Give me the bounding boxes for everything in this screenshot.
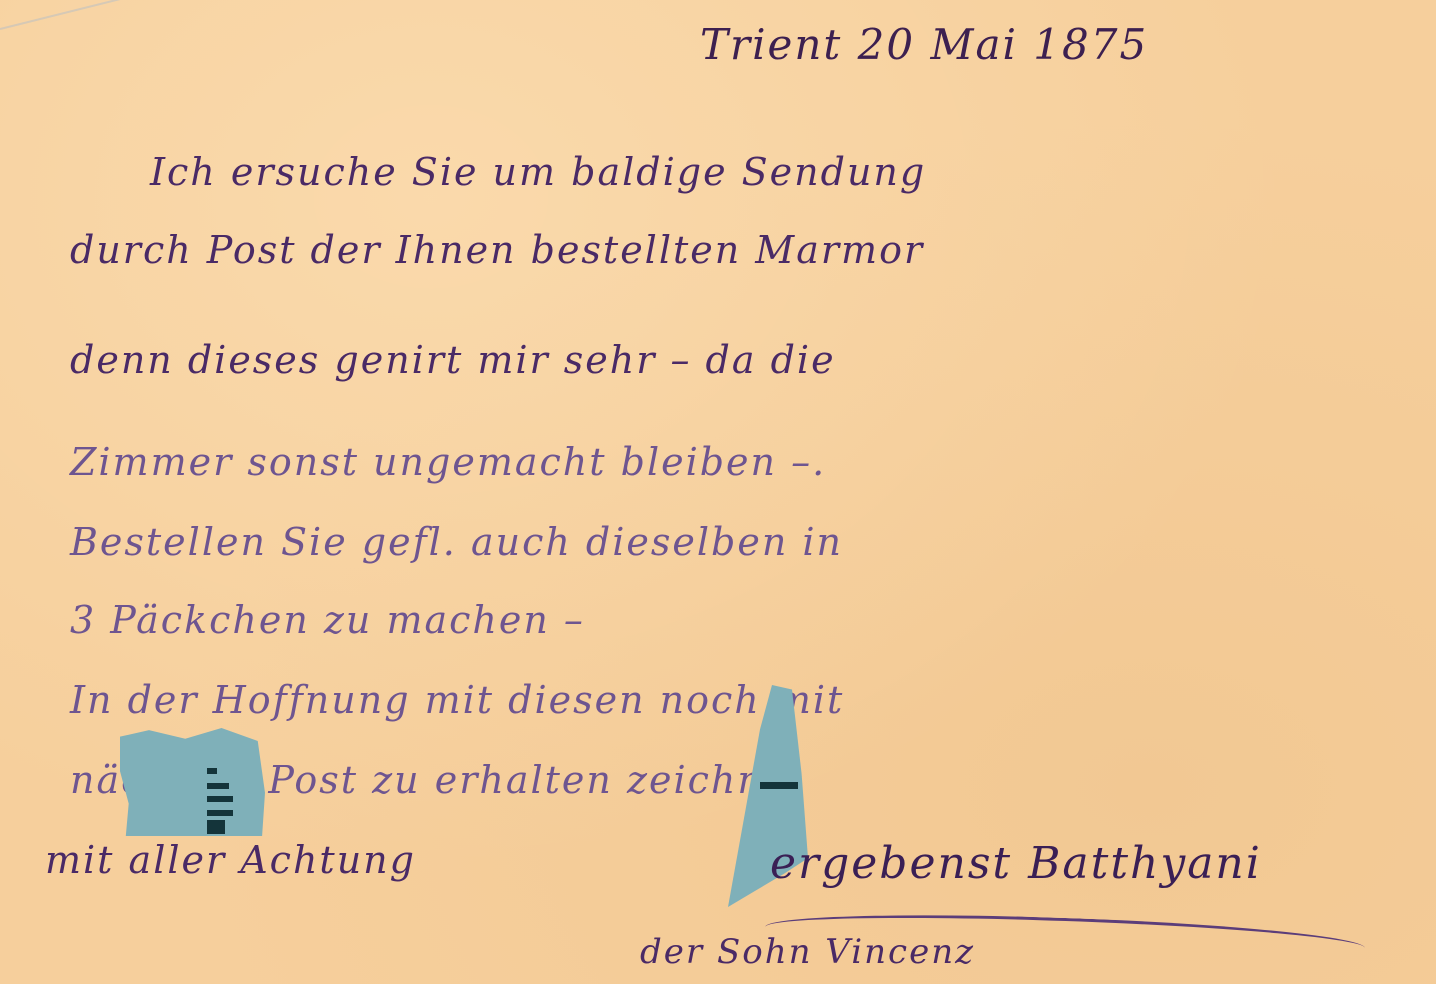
body-line-3: denn dieses genirt mir sehr – da die [70, 338, 836, 382]
postmark-bar [207, 783, 229, 789]
postmark-bar [760, 782, 798, 789]
postmark-bar [207, 768, 217, 774]
body-line-5: Bestellen Sie gefl. auch dieselben in [70, 520, 843, 564]
body-line-9: mit aller Achtung [45, 838, 416, 882]
postmark-bar [207, 796, 233, 802]
stamp-remnant-left [120, 728, 265, 836]
postmark-bar [207, 820, 225, 834]
postcard: Trient 20 Mai 1875 Ich ersuche Sie um ba… [0, 0, 1436, 984]
body-line-7: In der Hoffnung mit diesen noch mit [70, 678, 844, 722]
signature: ergebenst Batthyani [770, 838, 1262, 889]
subsignature: der Sohn Vincenz [640, 932, 975, 972]
postmark-bar [207, 810, 233, 816]
body-line-4: Zimmer sonst ungemacht bleiben –. [70, 440, 826, 484]
body-line-1: Ich ersuche Sie um baldige Sendung [150, 150, 926, 194]
body-line-6: 3 Päckchen zu machen – [70, 598, 585, 642]
paper-crease [0, 0, 136, 30]
dateline: Trient 20 Mai 1875 [700, 20, 1148, 69]
body-line-2: durch Post der Ihnen bestellten Marmor [70, 228, 924, 272]
